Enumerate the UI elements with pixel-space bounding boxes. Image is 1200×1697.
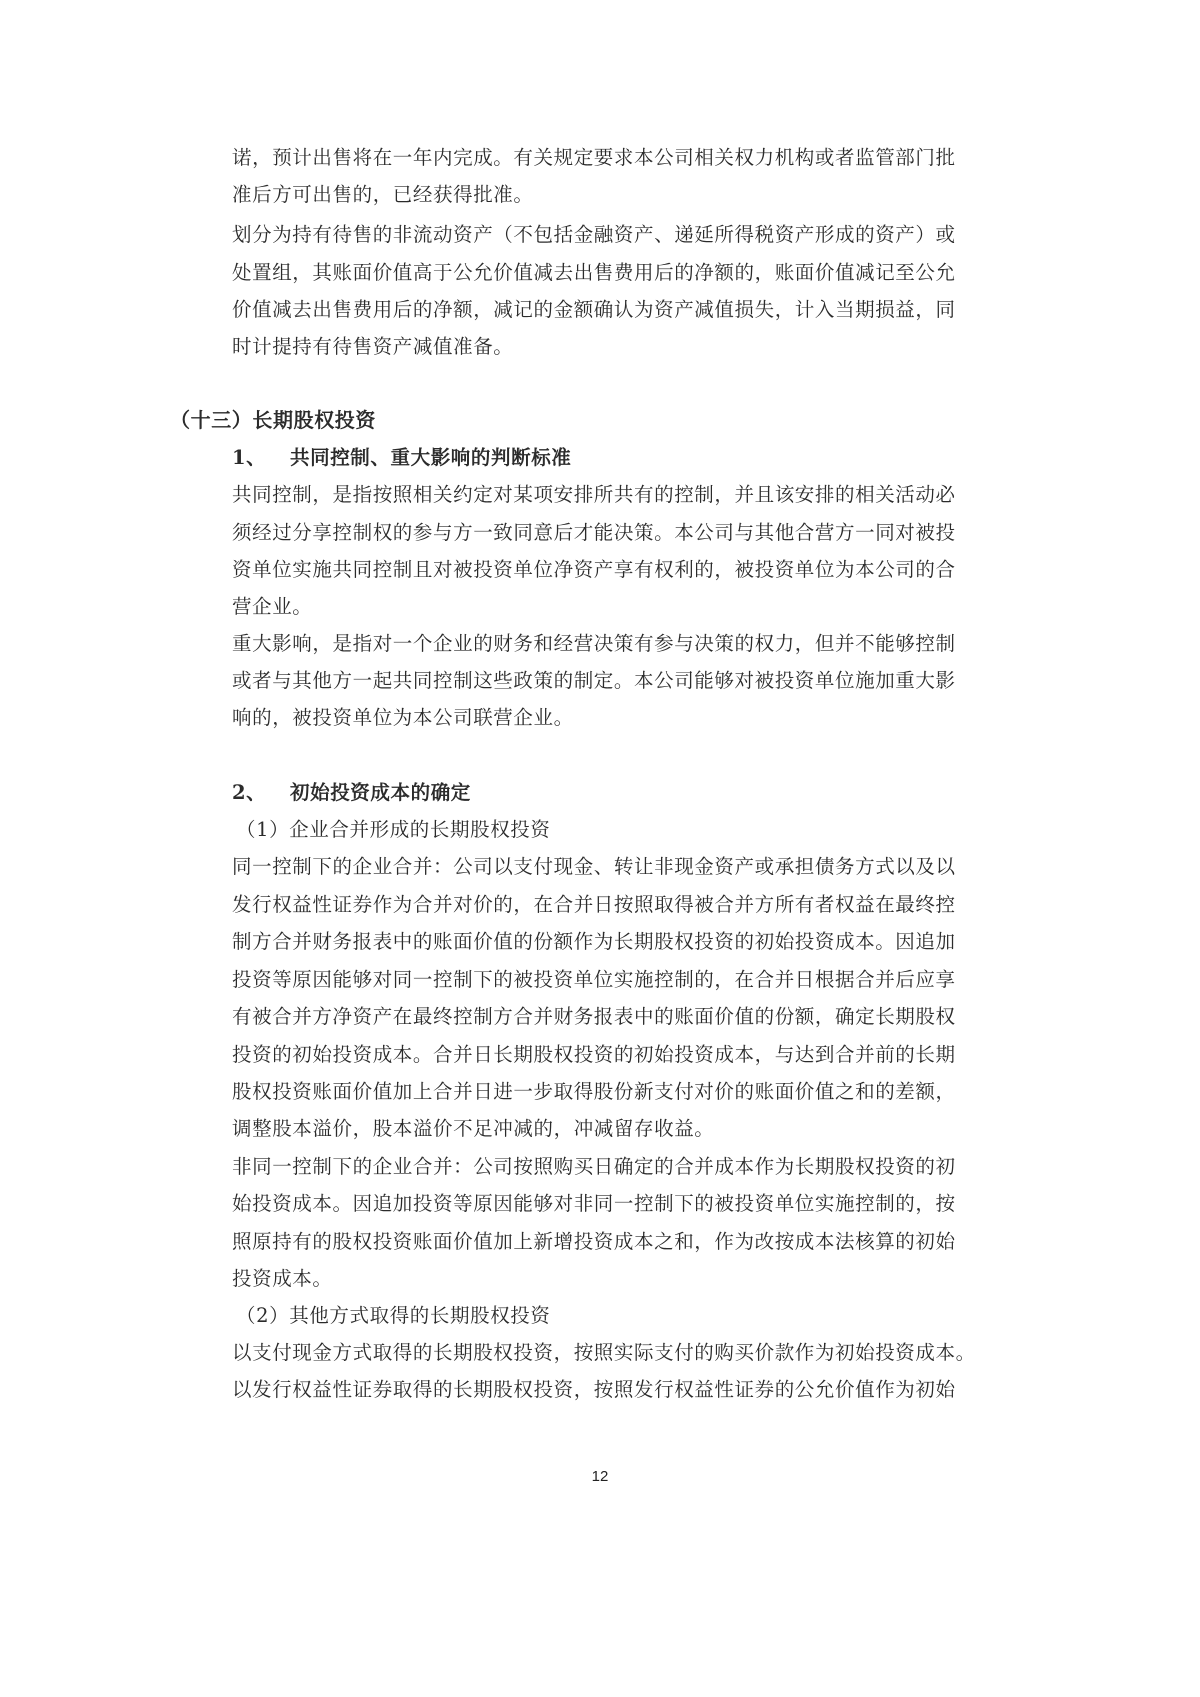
- body-text-line: 调整股本溢价，股本溢价不足冲减的，冲减留存收益。: [232, 1116, 714, 1142]
- body-text-line: 时计提持有待售资产减值准备。: [232, 334, 513, 360]
- body-text-line: 始投资成本。因追加投资等原因能够对非同一控制下的被投资单位实施控制的，按: [232, 1191, 956, 1217]
- section-heading: （十三）长期股权投资: [170, 407, 376, 433]
- body-text-line: 资单位实施共同控制且对被投资单位净资产享有权利的，被投资单位为本公司的合: [232, 557, 956, 583]
- body-text-line: 须经过分享控制权的参与方一致同意后才能决策。本公司与其他合营方一同对被投: [232, 520, 956, 546]
- body-text-line: 非同一控制下的企业合并：公司按照购买日确定的合并成本作为长期股权投资的初: [232, 1154, 956, 1180]
- body-text-line: 投资等原因能够对同一控制下的被投资单位实施控制的，在合并日根据合并后应享: [232, 967, 956, 993]
- sub-subsection-heading: （1）企业合并形成的长期股权投资: [236, 817, 551, 843]
- body-text-line: 以发行权益性证券取得的长期股权投资，按照发行权益性证券的公允价值作为初始: [232, 1377, 956, 1403]
- subsection-title: 共同控制、重大影响的判断标准: [290, 446, 571, 469]
- body-text-line: 共同控制，是指按照相关约定对某项安排所共有的控制，并且该安排的相关活动必: [232, 482, 956, 508]
- body-text-line: 处置组，其账面价值高于公允价值减去出售费用后的净额的，账面价值减记至公允: [232, 260, 956, 286]
- subsection-heading: 2、初始投资成本的确定: [232, 780, 471, 806]
- subsection-number: 1、: [232, 445, 290, 471]
- subsection-title: 初始投资成本的确定: [290, 781, 471, 804]
- body-text-line: 营企业。: [232, 594, 312, 620]
- page-number: 12: [0, 1468, 1200, 1485]
- body-text-line: 价值减去出售费用后的净额，减记的金额确认为资产减值损失，计入当期损益，同: [232, 297, 956, 323]
- body-text-line: 同一控制下的企业合并：公司以支付现金、转让非现金资产或承担债务方式以及以: [232, 854, 956, 880]
- body-text-line: 有被合并方净资产在最终控制方合并财务报表中的账面价值的份额，确定长期股权: [232, 1004, 956, 1030]
- body-text-line: 或者与其他方一起共同控制这些政策的制定。本公司能够对被投资单位施加重大影: [232, 668, 956, 694]
- subsection-number: 2、: [232, 780, 290, 806]
- body-text-line: 投资成本。: [232, 1266, 333, 1292]
- sub-subsection-heading: （2）其他方式取得的长期股权投资: [236, 1303, 551, 1329]
- body-text-line: 发行权益性证券作为合并对价的，在合并日按照取得被合并方所有者权益在最终控: [232, 892, 956, 918]
- body-text-line: 划分为持有待售的非流动资产（不包括金融资产、递延所得税资产形成的资产）或: [232, 222, 956, 248]
- body-text-line: 诺，预计出售将在一年内完成。有关规定要求本公司相关权力机构或者监管部门批: [232, 145, 956, 171]
- document-page: 诺，预计出售将在一年内完成。有关规定要求本公司相关权力机构或者监管部门批 准后方…: [0, 0, 1200, 1697]
- body-text-line: 响的，被投资单位为本公司联营企业。: [232, 705, 574, 731]
- body-text-line: 准后方可出售的，已经获得批准。: [232, 182, 534, 208]
- body-text-line: 投资的初始投资成本。合并日长期股权投资的初始投资成本，与达到合并前的长期: [232, 1042, 956, 1068]
- body-text-line: 股权投资账面价值加上合并日进一步取得股份新支付对价的账面价值之和的差额，: [232, 1079, 956, 1105]
- body-text-line: 以支付现金方式取得的长期股权投资，按照实际支付的购买价款作为初始投资成本。: [232, 1340, 976, 1366]
- body-text-line: 重大影响，是指对一个企业的财务和经营决策有参与决策的权力，但并不能够控制: [232, 631, 956, 657]
- subsection-heading: 1、共同控制、重大影响的判断标准: [232, 445, 571, 471]
- body-text-line: 制方合并财务报表中的账面价值的份额作为长期股权投资的初始投资成本。因追加: [232, 929, 956, 955]
- body-text-line: 照原持有的股权投资账面价值加上新增投资成本之和，作为改按成本法核算的初始: [232, 1229, 956, 1255]
